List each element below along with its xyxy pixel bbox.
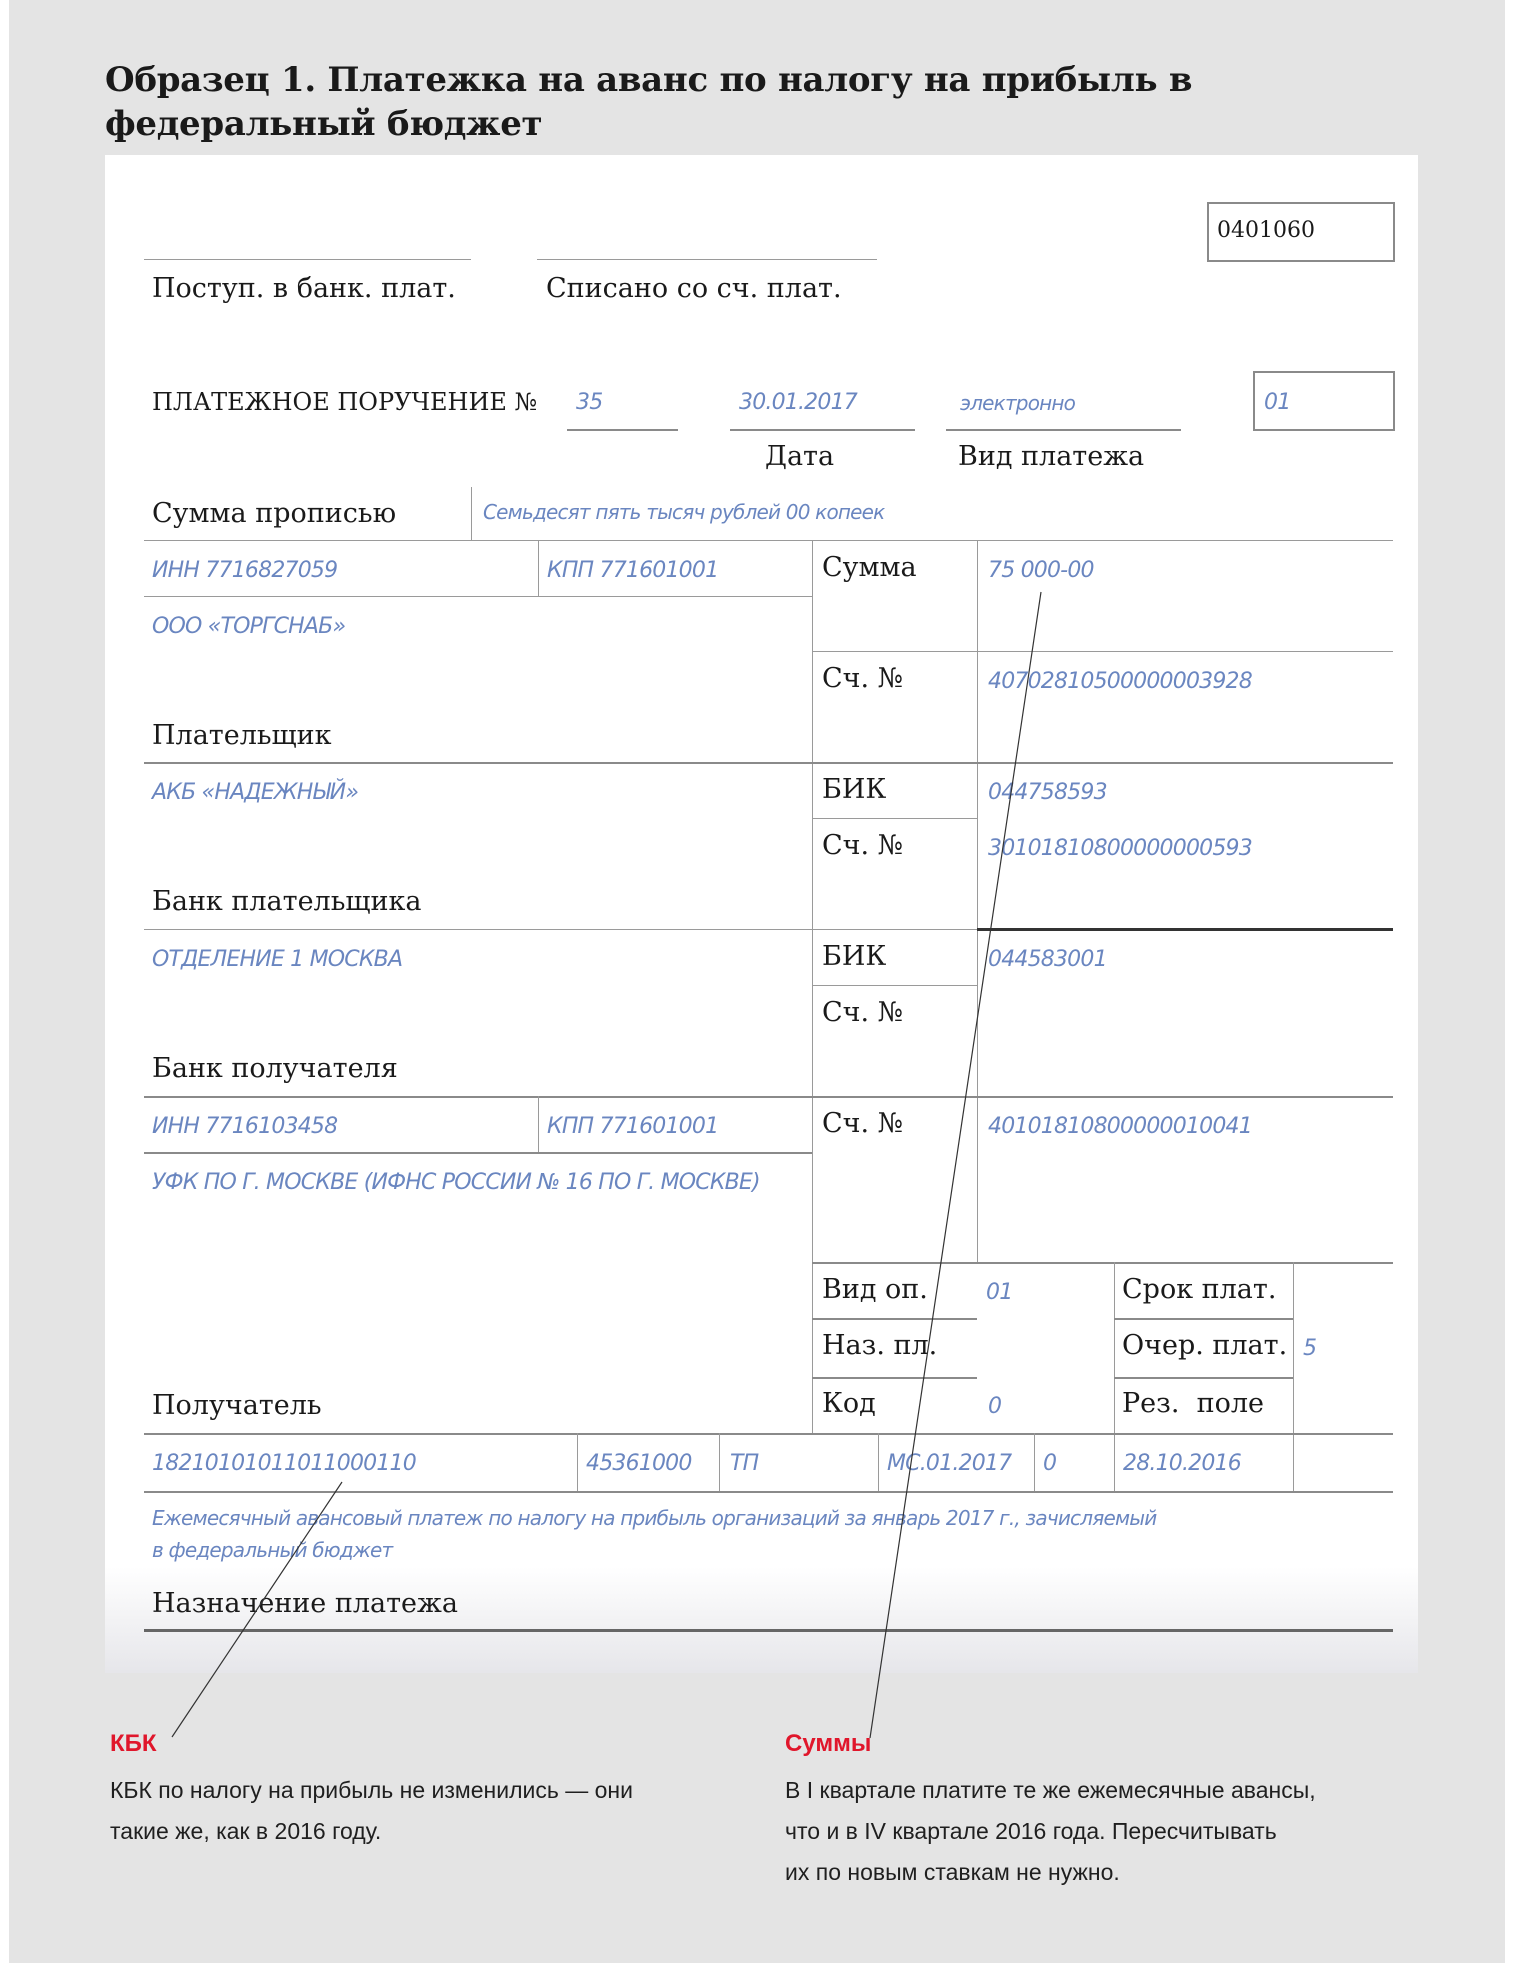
purpose-label: Назначение платежа (152, 1588, 458, 1620)
divider (471, 487, 472, 540)
callout-sums-title: Суммы (785, 1730, 871, 1758)
due-label: Срок плат. (1122, 1274, 1276, 1306)
callout-kbk-line: такие же, как в 2016 году. (110, 1811, 633, 1852)
callout-sums-line: что и в IV квартале 2016 года. Пересчиты… (785, 1811, 1316, 1852)
status-code[interactable]: 01 (1264, 389, 1290, 417)
code-label: Код (822, 1388, 876, 1420)
amount-words[interactable]: Семьдесят пять тысяч рублей 00 копеек (483, 498, 884, 526)
order-date[interactable]: 30.01.2017 (739, 389, 857, 417)
grid-col-1 (812, 540, 813, 1433)
priority-label: Очер. плат. (1122, 1330, 1287, 1362)
divider (144, 596, 812, 597)
payer-account-label: Сч. № (822, 663, 903, 695)
divider (812, 1377, 977, 1379)
divider (1034, 1433, 1035, 1491)
payment-type[interactable]: электронно (960, 389, 1075, 417)
divider (144, 1629, 1393, 1632)
purpose-line-1[interactable]: Ежемесячный авансовый платеж по налогу н… (152, 1504, 1156, 1532)
recipient-bank-name[interactable]: ОТДЕЛЕНИЕ 1 МОСКВА (152, 946, 402, 974)
date-label: Дата (765, 441, 834, 473)
divider (1293, 1262, 1294, 1491)
tax-doc-number[interactable]: 0 (1043, 1450, 1056, 1478)
tax-doc-date[interactable]: 28.10.2016 (1123, 1450, 1241, 1478)
divider (812, 1318, 977, 1320)
date-line (730, 429, 915, 431)
divider (812, 651, 1393, 652)
recipient-account-label: Сч. № (822, 1108, 903, 1140)
callout-kbk-line: КБК по налогу на прибыль не изменились —… (110, 1770, 633, 1811)
payer-bank-account[interactable]: 30101810800000000593 (988, 835, 1252, 863)
amount-label: Сумма (822, 552, 917, 584)
grid-col-2 (977, 540, 978, 1262)
tax-period[interactable]: МС.01.2017 (887, 1450, 1011, 1478)
payment-type-line (946, 429, 1181, 431)
recipient-kpp[interactable]: КПП 771601001 (547, 1113, 718, 1141)
recipient-bank-bik-label: БИК (822, 941, 886, 973)
divider (812, 1262, 1393, 1264)
divider (878, 1433, 879, 1491)
tax-basis[interactable]: ТП (730, 1450, 758, 1478)
divider (144, 762, 1393, 764)
payment-type-label: Вид платежа (958, 441, 1144, 473)
divider (1114, 1377, 1293, 1379)
priority[interactable]: 5 (1303, 1335, 1316, 1363)
amount-words-label: Сумма прописью (152, 498, 396, 530)
payer-bank-bik-label: БИК (822, 774, 886, 806)
divider (719, 1433, 720, 1491)
reserve-label: Рез. поле (1122, 1388, 1264, 1420)
payer-bank-label: Банк плательщика (152, 886, 421, 918)
order-label: ПЛАТЕЖНОЕ ПОРУЧЕНИЕ № (152, 386, 537, 418)
divider (144, 1433, 1393, 1435)
callout-sums-body: В I квартале платите те же ежемесячные а… (785, 1770, 1316, 1893)
divider (812, 985, 977, 986)
divider (144, 1096, 1393, 1098)
payer-kpp[interactable]: КПП 771601001 (547, 557, 718, 585)
payer-label: Плательщик (152, 720, 332, 752)
payer-inn[interactable]: ИНН 7716827059 (152, 557, 337, 585)
recipient-inn[interactable]: ИНН 7716103458 (152, 1113, 337, 1141)
recipient-bank-label: Банк получателя (152, 1053, 398, 1085)
purpose-code-label: Наз. пл. (822, 1330, 937, 1362)
recipient-bank-bik[interactable]: 044583001 (988, 946, 1107, 974)
purpose-line-2[interactable]: в федеральный бюджет (152, 1536, 392, 1564)
payer-bank-bik[interactable]: 044758593 (988, 779, 1107, 807)
received-label: Поступ. в банк. плат. (152, 273, 456, 305)
tax-oktmo[interactable]: 45361000 (586, 1450, 692, 1478)
debited-label: Списано со сч. плат. (546, 273, 842, 305)
callout-sums-line: их по новым ставкам не нужно. (785, 1852, 1316, 1893)
callout-kbk-body: КБК по налогу на прибыль не изменились —… (110, 1770, 633, 1852)
divider (538, 540, 539, 596)
recipient-name[interactable]: УФК ПО Г. МОСКВЕ (ИФНС РОССИИ № 16 ПО Г.… (152, 1169, 760, 1197)
divider (977, 928, 1393, 931)
debited-line (537, 259, 877, 260)
received-line (144, 259, 471, 260)
recipient-bank-account-label: Сч. № (822, 997, 903, 1029)
tax-kbk[interactable]: 18210101011011000110 (152, 1450, 416, 1478)
divider (144, 540, 1393, 541)
payer-bank-name[interactable]: АКБ «НАДЕЖНЫЙ» (152, 779, 358, 807)
divider (1114, 1318, 1293, 1320)
divider (144, 929, 977, 930)
callout-kbk-title: КБК (110, 1730, 157, 1758)
op-type[interactable]: 01 (986, 1279, 1012, 1307)
callout-sums-line: В I квартале платите те же ежемесячные а… (785, 1770, 1316, 1811)
recipient-account[interactable]: 40101810800000010041 (988, 1113, 1252, 1141)
payer-account[interactable]: 40702810500000003928 (988, 668, 1252, 696)
code[interactable]: 0 (988, 1393, 1001, 1421)
amount-value[interactable]: 75 000-00 (988, 557, 1094, 585)
form-code: 0401060 (1217, 218, 1315, 243)
payer-bank-account-label: Сч. № (822, 830, 903, 862)
order-number[interactable]: 35 (576, 389, 602, 417)
divider (812, 818, 977, 819)
op-type-label: Вид оп. (822, 1274, 928, 1306)
payer-name[interactable]: ООО «ТОРГСНАБ» (152, 613, 345, 641)
divider (144, 1491, 1393, 1493)
page-title: Образец 1. Платежка на аванс по налогу н… (105, 58, 1435, 146)
divider (144, 1152, 812, 1154)
divider (577, 1433, 578, 1491)
divider (538, 1096, 539, 1152)
recipient-label: Получатель (152, 1390, 322, 1422)
order-number-line (567, 429, 678, 431)
